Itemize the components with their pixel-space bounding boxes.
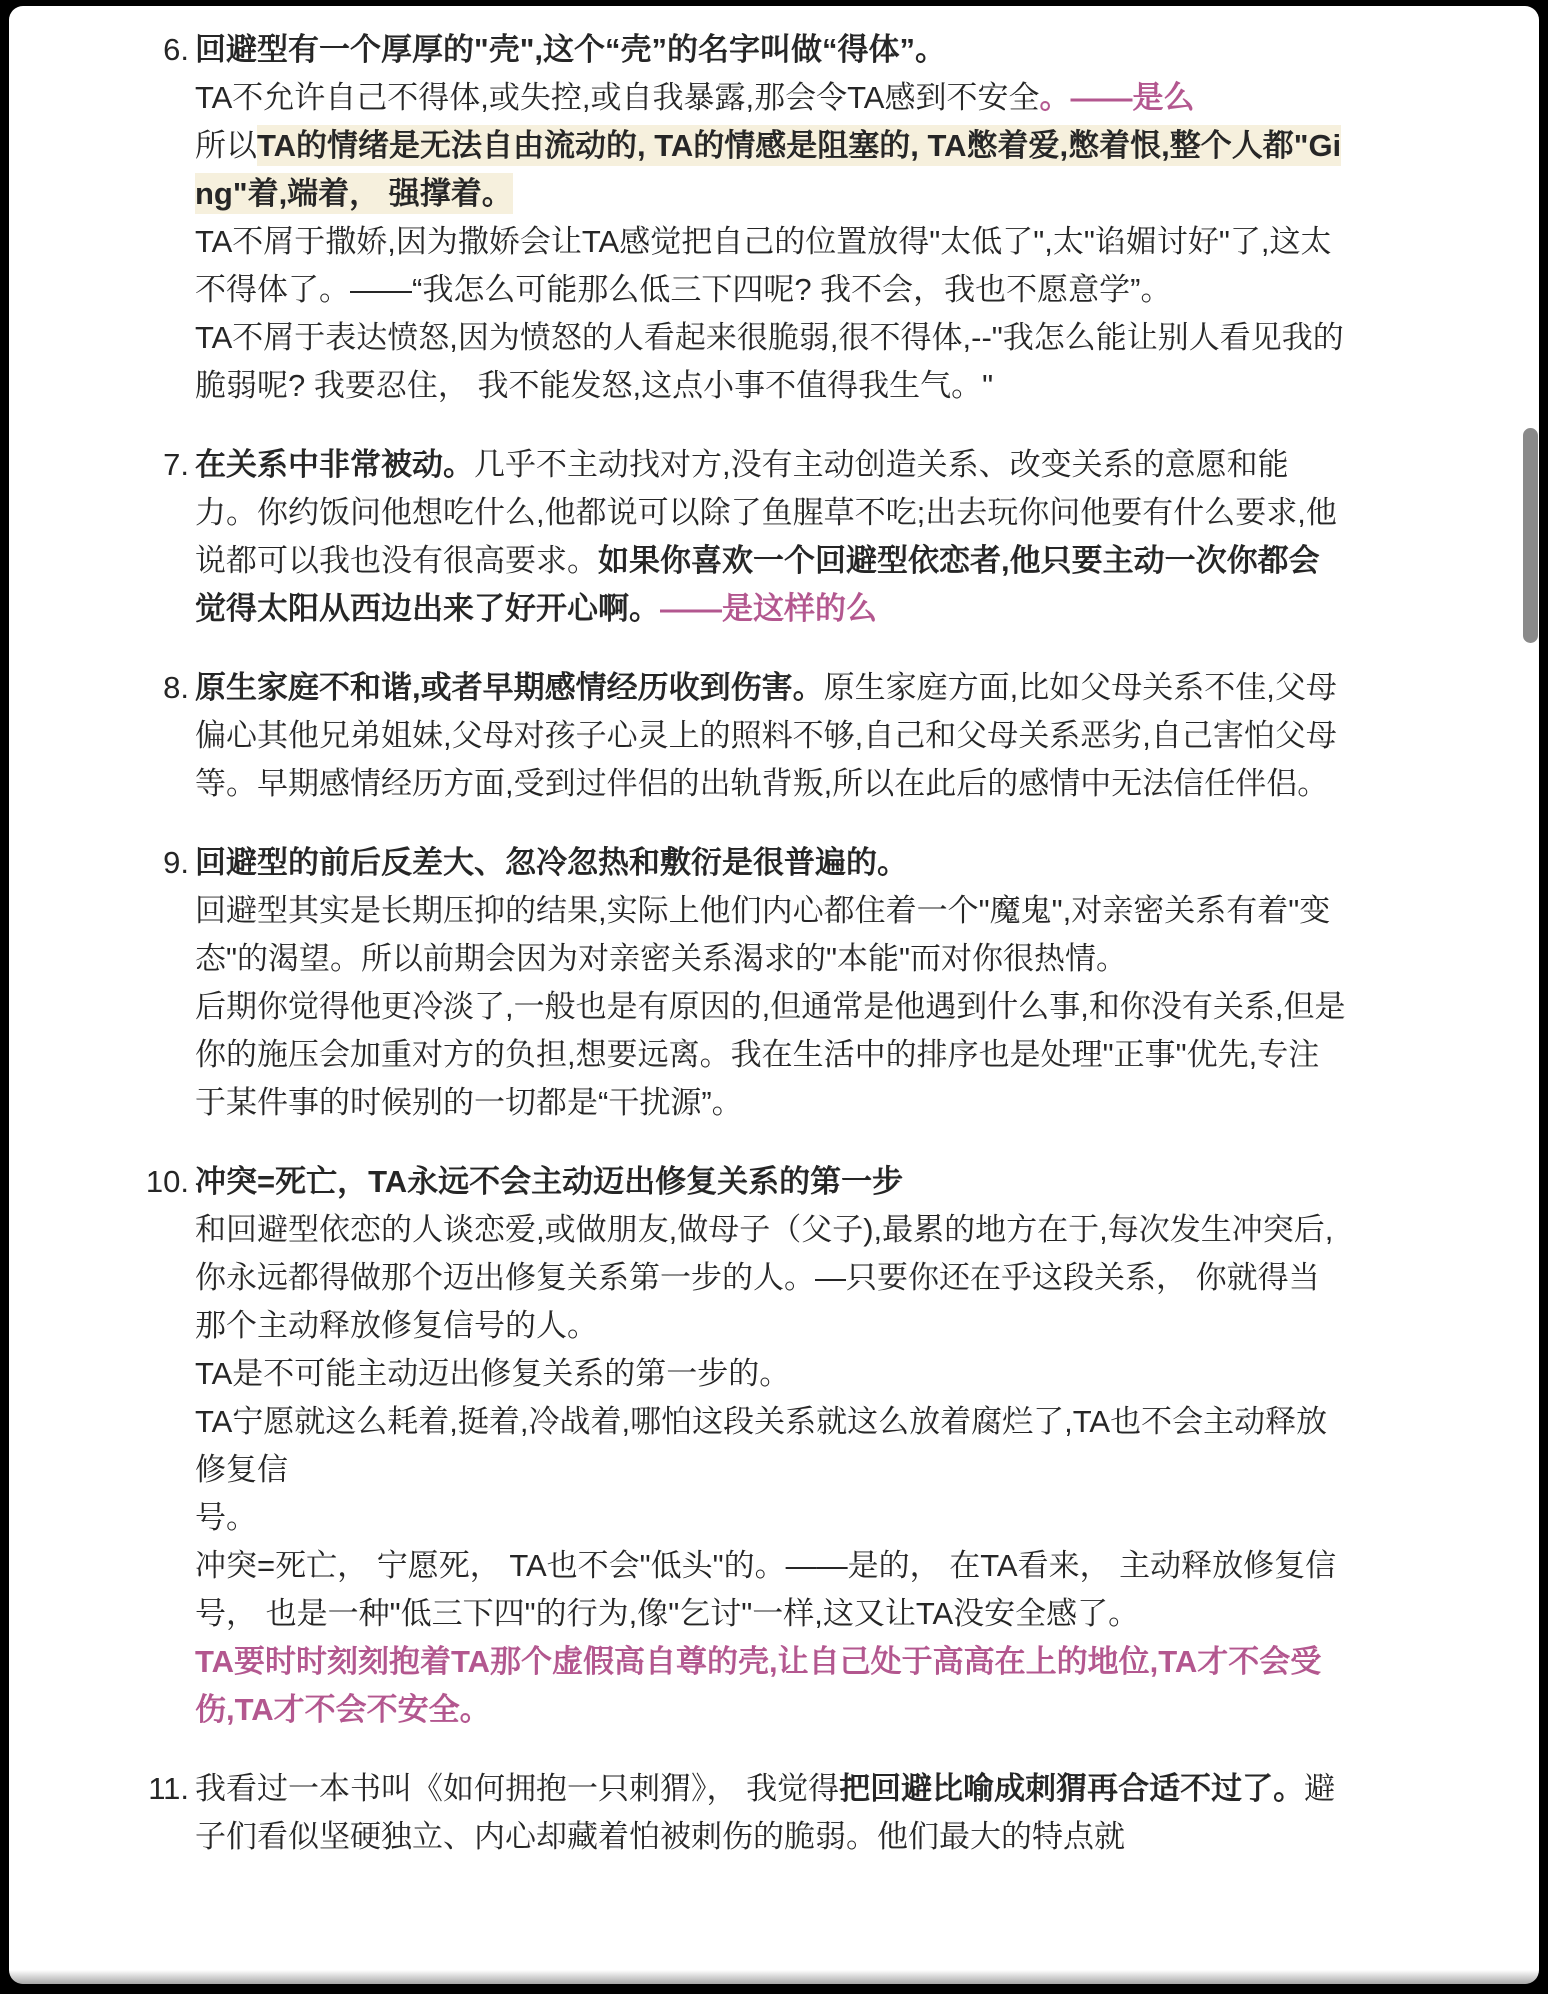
bottom-fade [9,1970,1539,1984]
text-run-normal: TA宁愿就这么耗着,挺着,冷战着,哪怕这段关系就这么放着腐烂了,TA也不会主动释… [195,1404,1327,1487]
text-run-bold: 回避型的前后反差大、忽冷忽热和敷衍是很普遍的。 [195,845,908,880]
item-body: 冲突=死亡，TA永远不会主动迈出修复关系的第一步和回避型依恋的人谈恋爱,或做朋友… [195,1158,1347,1734]
item-number: 7. [121,441,189,489]
item-body: 回避型有一个厚厚的"壳",这个“壳”的名字叫做“得体”。TA不允许自己不得体,或… [195,26,1347,410]
text-run-normal: 所以 [195,128,257,163]
screenshot-frame: 6.回避型有一个厚厚的"壳",这个“壳”的名字叫做“得体”。TA不允许自己不得体… [0,0,1548,1994]
paragraph: TA不屑于撒娇,因为撒娇会让TA感觉把自己的位置放得"太低了",太"谄媚讨好"了… [195,218,1347,314]
paragraph: TA宁愿就这么耗着,挺着,冷战着,哪怕这段关系就这么放着腐烂了,TA也不会主动释… [195,1398,1347,1494]
paragraph: 回避型的前后反差大、忽冷忽热和敷衍是很普遍的。 [195,839,1347,887]
text-run-bold: 冲突=死亡，TA永远不会主动迈出修复关系的第一步 [195,1164,903,1199]
list-item: 11.我看过一本书叫《如何拥抱一只刺猬》， 我觉得把回避比喻成刺猬再合适不过了。… [9,1765,1539,1861]
paragraph: TA要时时刻刻抱着TA那个虚假高自尊的壳,让自己处于高高在上的地位,TA才不会受… [195,1638,1347,1734]
paragraph: 后期你觉得他更冷淡了,一般也是有原因的,但通常是他遇到什么事,和你没有关系,但是… [195,983,1347,1127]
paragraph: TA是不可能主动迈出修复关系的第一步的。 [195,1350,1347,1398]
item-number: 11. [121,1765,189,1813]
item-number: 9. [121,839,189,887]
paragraph: 原生家庭不和谐,或者早期感情经历收到伤害。原生家庭方面,比如父母关系不佳,父母偏… [195,664,1347,808]
text-run-pink: TA要时时刻刻抱着TA那个虚假高自尊的壳,让自己处于高高在上的地位,TA才不会受… [195,1644,1321,1727]
list-item: 7.在关系中非常被动。几乎不主动找对方,没有主动创造关系、改变关系的意愿和能力。… [9,441,1539,633]
scrollbar-thumb[interactable] [1523,428,1538,643]
item-body: 我看过一本书叫《如何拥抱一只刺猬》， 我觉得把回避比喻成刺猬再合适不过了。避子们… [195,1765,1347,1861]
item-body: 回避型的前后反差大、忽冷忽热和敷衍是很普遍的。回避型其实是长期压抑的结果,实际上… [195,839,1347,1127]
paragraph: 号。 [195,1494,1347,1542]
paragraph: 所以TA的情绪是无法自由流动的, TA的情感是阻塞的, TA憋着爱,憋着恨,整个… [195,122,1347,218]
text-run-normal: 冲突=死亡， 宁愿死， TA也不会"低头"的。——是的， 在TA看来， 主动释放… [195,1548,1336,1631]
text-run-highlight: TA的情绪是无法自由流动的, TA的情感是阻塞的, TA憋着爱,憋着恨,整个人都… [195,125,1341,214]
text-run-normal: TA是不可能主动迈出修复关系的第一步的。 [195,1356,790,1391]
paragraph: 和回避型依恋的人谈恋爱,或做朋友,做母子（父子),最累的地方在于,每次发生冲突后… [195,1206,1347,1350]
list-item: 8.原生家庭不和谐,或者早期感情经历收到伤害。原生家庭方面,比如父母关系不佳,父… [9,664,1539,808]
list-item: 6.回避型有一个厚厚的"壳",这个“壳”的名字叫做“得体”。TA不允许自己不得体… [9,26,1539,410]
list-item: 10.冲突=死亡，TA永远不会主动迈出修复关系的第一步和回避型依恋的人谈恋爱,或… [9,1158,1539,1734]
text-run-normal: 和回避型依恋的人谈恋爱,或做朋友,做母子（父子),最累的地方在于,每次发生冲突后… [195,1212,1333,1343]
document-page: 6.回避型有一个厚厚的"壳",这个“壳”的名字叫做“得体”。TA不允许自己不得体… [9,6,1539,1984]
text-run-normal: TA不屑于撒娇,因为撒娇会让TA感觉把自己的位置放得"太低了",太"谄媚讨好"了… [195,224,1331,307]
text-run-pink: ——是这样的么 [660,591,877,626]
text-run-pink: 。——是么 [1039,80,1194,115]
item-body: 在关系中非常被动。几乎不主动找对方,没有主动创造关系、改变关系的意愿和能力。你约… [195,441,1347,633]
text-run-normal: 我看过一本书叫《如何拥抱一只刺猬》， 我觉得 [195,1771,839,1806]
text-run-bold: 原生家庭不和谐,或者早期感情经历收到伤害。 [195,670,824,705]
text-run-bold: 把回避比喻成刺猬再合适不过了。 [839,1771,1304,1806]
paragraph: 冲突=死亡， 宁愿死， TA也不会"低头"的。——是的， 在TA看来， 主动释放… [195,1542,1347,1638]
text-run-normal: 号。 [195,1500,257,1535]
text-run-normal: TA不允许自己不得体,或失控,或自我暴露,那会令TA感到不安全 [195,80,1039,115]
paragraph: 在关系中非常被动。几乎不主动找对方,没有主动创造关系、改变关系的意愿和能力。你约… [195,441,1347,633]
paragraph: TA不屑于表达愤怒,因为愤怒的人看起来很脆弱,很不得体,--"我怎么能让别人看见… [195,314,1347,410]
text-run-bold: 在关系中非常被动。 [195,447,474,482]
text-run-normal: 回避型其实是长期压抑的结果,实际上他们内心都住着一个"魔鬼",对亲密关系有着"变… [195,893,1330,976]
text-run-bold: 回避型有一个厚厚的"壳",这个“壳”的名字叫做“得体”。 [195,32,946,67]
paragraph: 我看过一本书叫《如何拥抱一只刺猬》， 我觉得把回避比喻成刺猬再合适不过了。避子们… [195,1765,1347,1861]
paragraph: TA不允许自己不得体,或失控,或自我暴露,那会令TA感到不安全。——是么 [195,74,1347,122]
paragraph: 冲突=死亡，TA永远不会主动迈出修复关系的第一步 [195,1158,1347,1206]
text-run-normal: TA不屑于表达愤怒,因为愤怒的人看起来很脆弱,很不得体,--"我怎么能让别人看见… [195,320,1344,403]
item-body: 原生家庭不和谐,或者早期感情经历收到伤害。原生家庭方面,比如父母关系不佳,父母偏… [195,664,1347,808]
list-item: 9.回避型的前后反差大、忽冷忽热和敷衍是很普遍的。回避型其实是长期压抑的结果,实… [9,839,1539,1127]
text-run-normal: 后期你觉得他更冷淡了,一般也是有原因的,但通常是他遇到什么事,和你没有关系,但是… [195,989,1345,1120]
item-number: 8. [121,664,189,712]
item-number: 10. [121,1158,189,1206]
numbered-list: 6.回避型有一个厚厚的"壳",这个“壳”的名字叫做“得体”。TA不允许自己不得体… [9,26,1539,1892]
paragraph: 回避型其实是长期压抑的结果,实际上他们内心都住着一个"魔鬼",对亲密关系有着"变… [195,887,1347,983]
item-number: 6. [121,26,189,74]
paragraph: 回避型有一个厚厚的"壳",这个“壳”的名字叫做“得体”。 [195,26,1347,74]
